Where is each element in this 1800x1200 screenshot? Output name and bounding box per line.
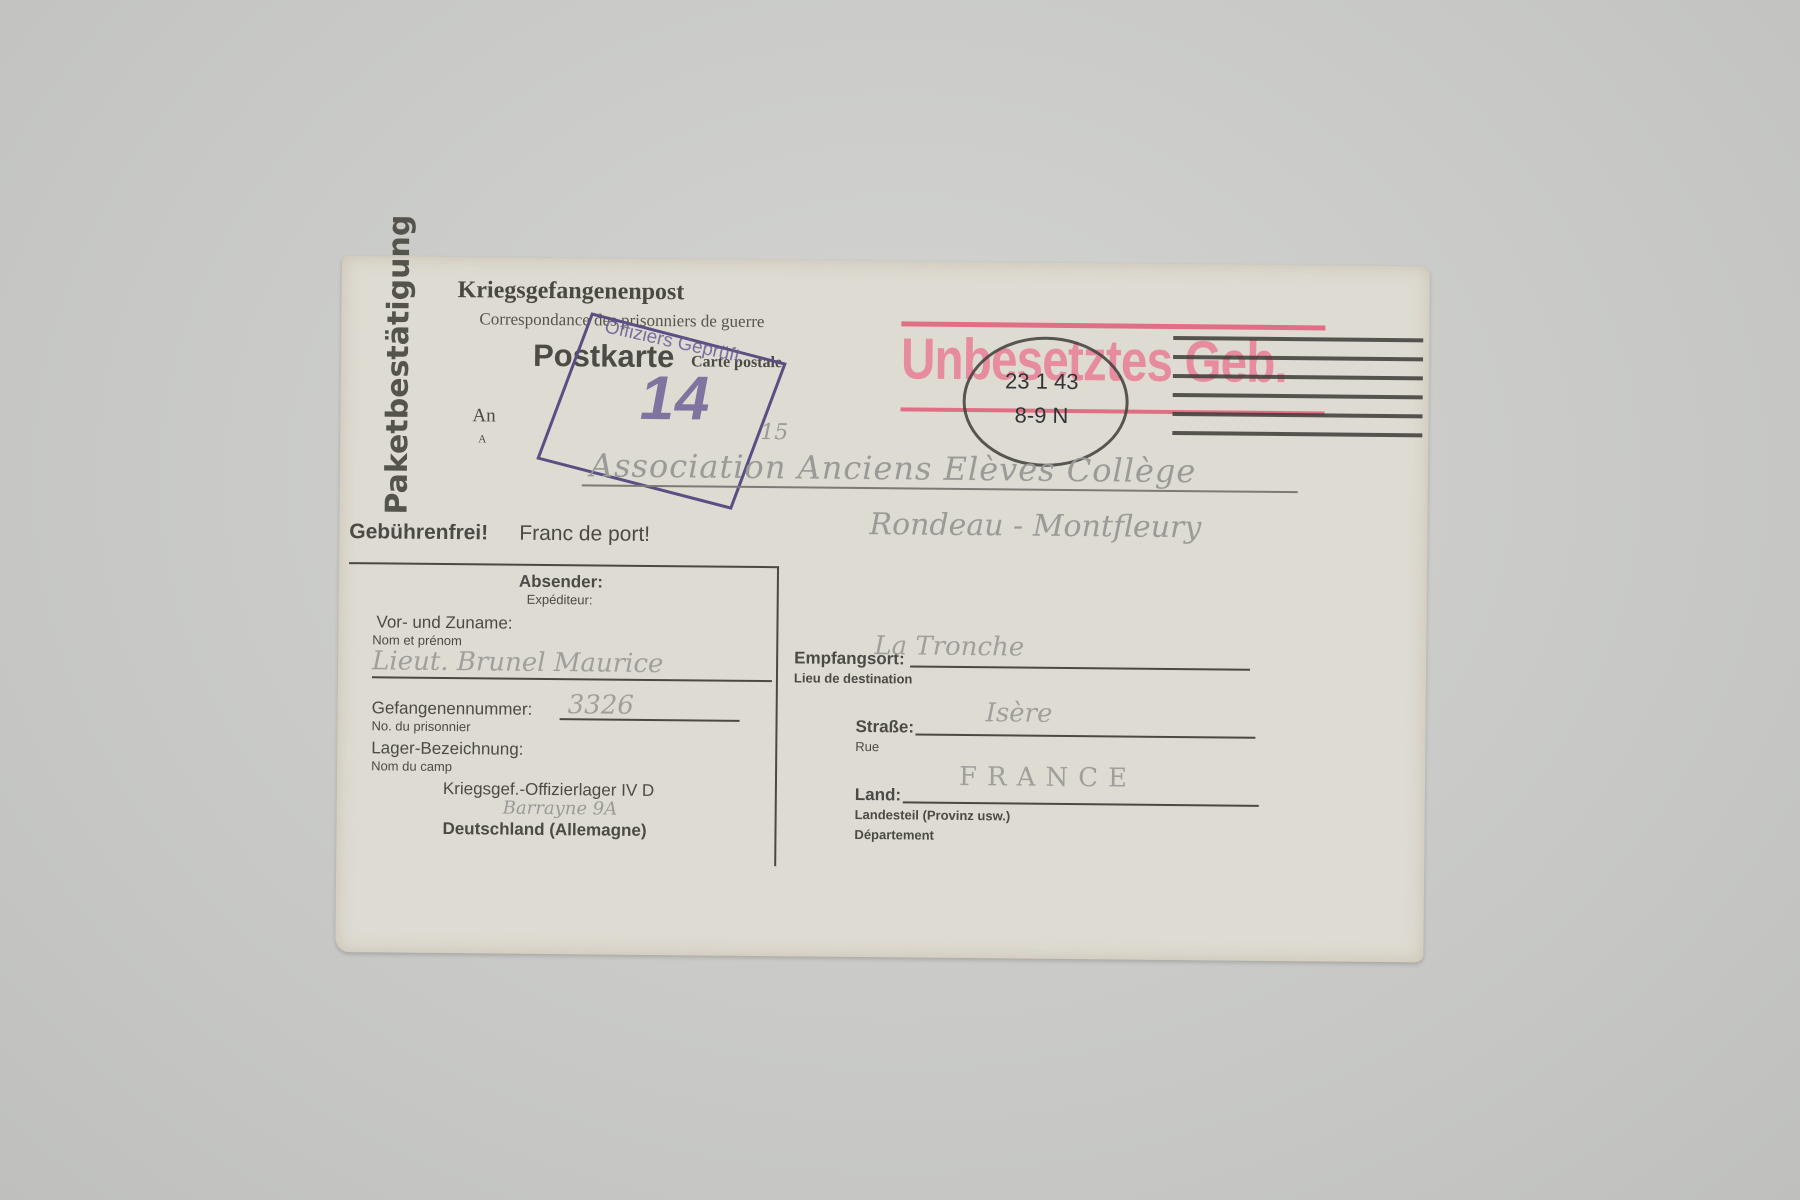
cancellation-bars (1172, 336, 1423, 452)
sender-heading-fr: Expéditeur: (527, 592, 593, 608)
street-value: Isère (985, 698, 1052, 729)
pencil-mark: 15 (760, 420, 788, 445)
to-label-fr: A (478, 433, 486, 445)
sender-box-divider (774, 566, 779, 866)
country-value: FRANCE (959, 762, 1137, 794)
region-label-fr: Département (854, 827, 934, 843)
recipient-line-2: Rondeau - Montfleury (869, 507, 1201, 545)
country-label: Land: (855, 785, 901, 805)
postage-free-de: Gebührenfrei! (349, 520, 488, 545)
prisoner-number-value: 3326 (568, 690, 634, 721)
sender-box-top (349, 562, 779, 568)
postmark-time: 8-9 N (986, 402, 1096, 429)
destination-place-line (910, 665, 1250, 670)
street-label-fr: Rue (855, 739, 879, 754)
camp-label-fr: Nom du camp (371, 758, 452, 774)
destination-place-label-fr: Lieu de destination (794, 670, 913, 686)
destination-place-value: La Tronche (874, 631, 1024, 662)
street-label: Straße: (855, 717, 914, 738)
region-label: Landesteil (Provinz usw.) (855, 807, 1011, 823)
sender-name-value: Lieut. Brunel Maurice (372, 646, 664, 679)
camp-label: Lager-Bezeichnung: (371, 738, 523, 759)
sender-name-label: Vor- und Zuname: (376, 612, 512, 633)
postcard: Paketbestätigung Kriegsgefangenenpost Co… (335, 256, 1430, 962)
recipient-line-1: Association Anciens Elèves Collège (590, 446, 1197, 490)
censor-stamp-number: 14 (634, 363, 716, 435)
prisoner-number-line (560, 718, 740, 722)
prisoner-number-label-fr: No. du prisonnier (371, 718, 470, 734)
sender-heading: Absender: (519, 572, 603, 593)
postage-free-fr: Franc de port! (519, 522, 650, 547)
side-label: Paketbestätigung (380, 274, 426, 514)
card-title: Kriegsgefangenenpost (458, 277, 685, 306)
postmark-date: 23 1 43 (987, 368, 1097, 395)
camp-handwritten: Barrayne 9A (503, 798, 618, 820)
street-line (915, 734, 1255, 739)
prisoner-number-label: Gefangenennummer: (372, 698, 533, 720)
country-line (903, 801, 1259, 806)
sender-country: Deutschland (Allemagne) (442, 819, 646, 841)
to-label: An (472, 405, 495, 427)
